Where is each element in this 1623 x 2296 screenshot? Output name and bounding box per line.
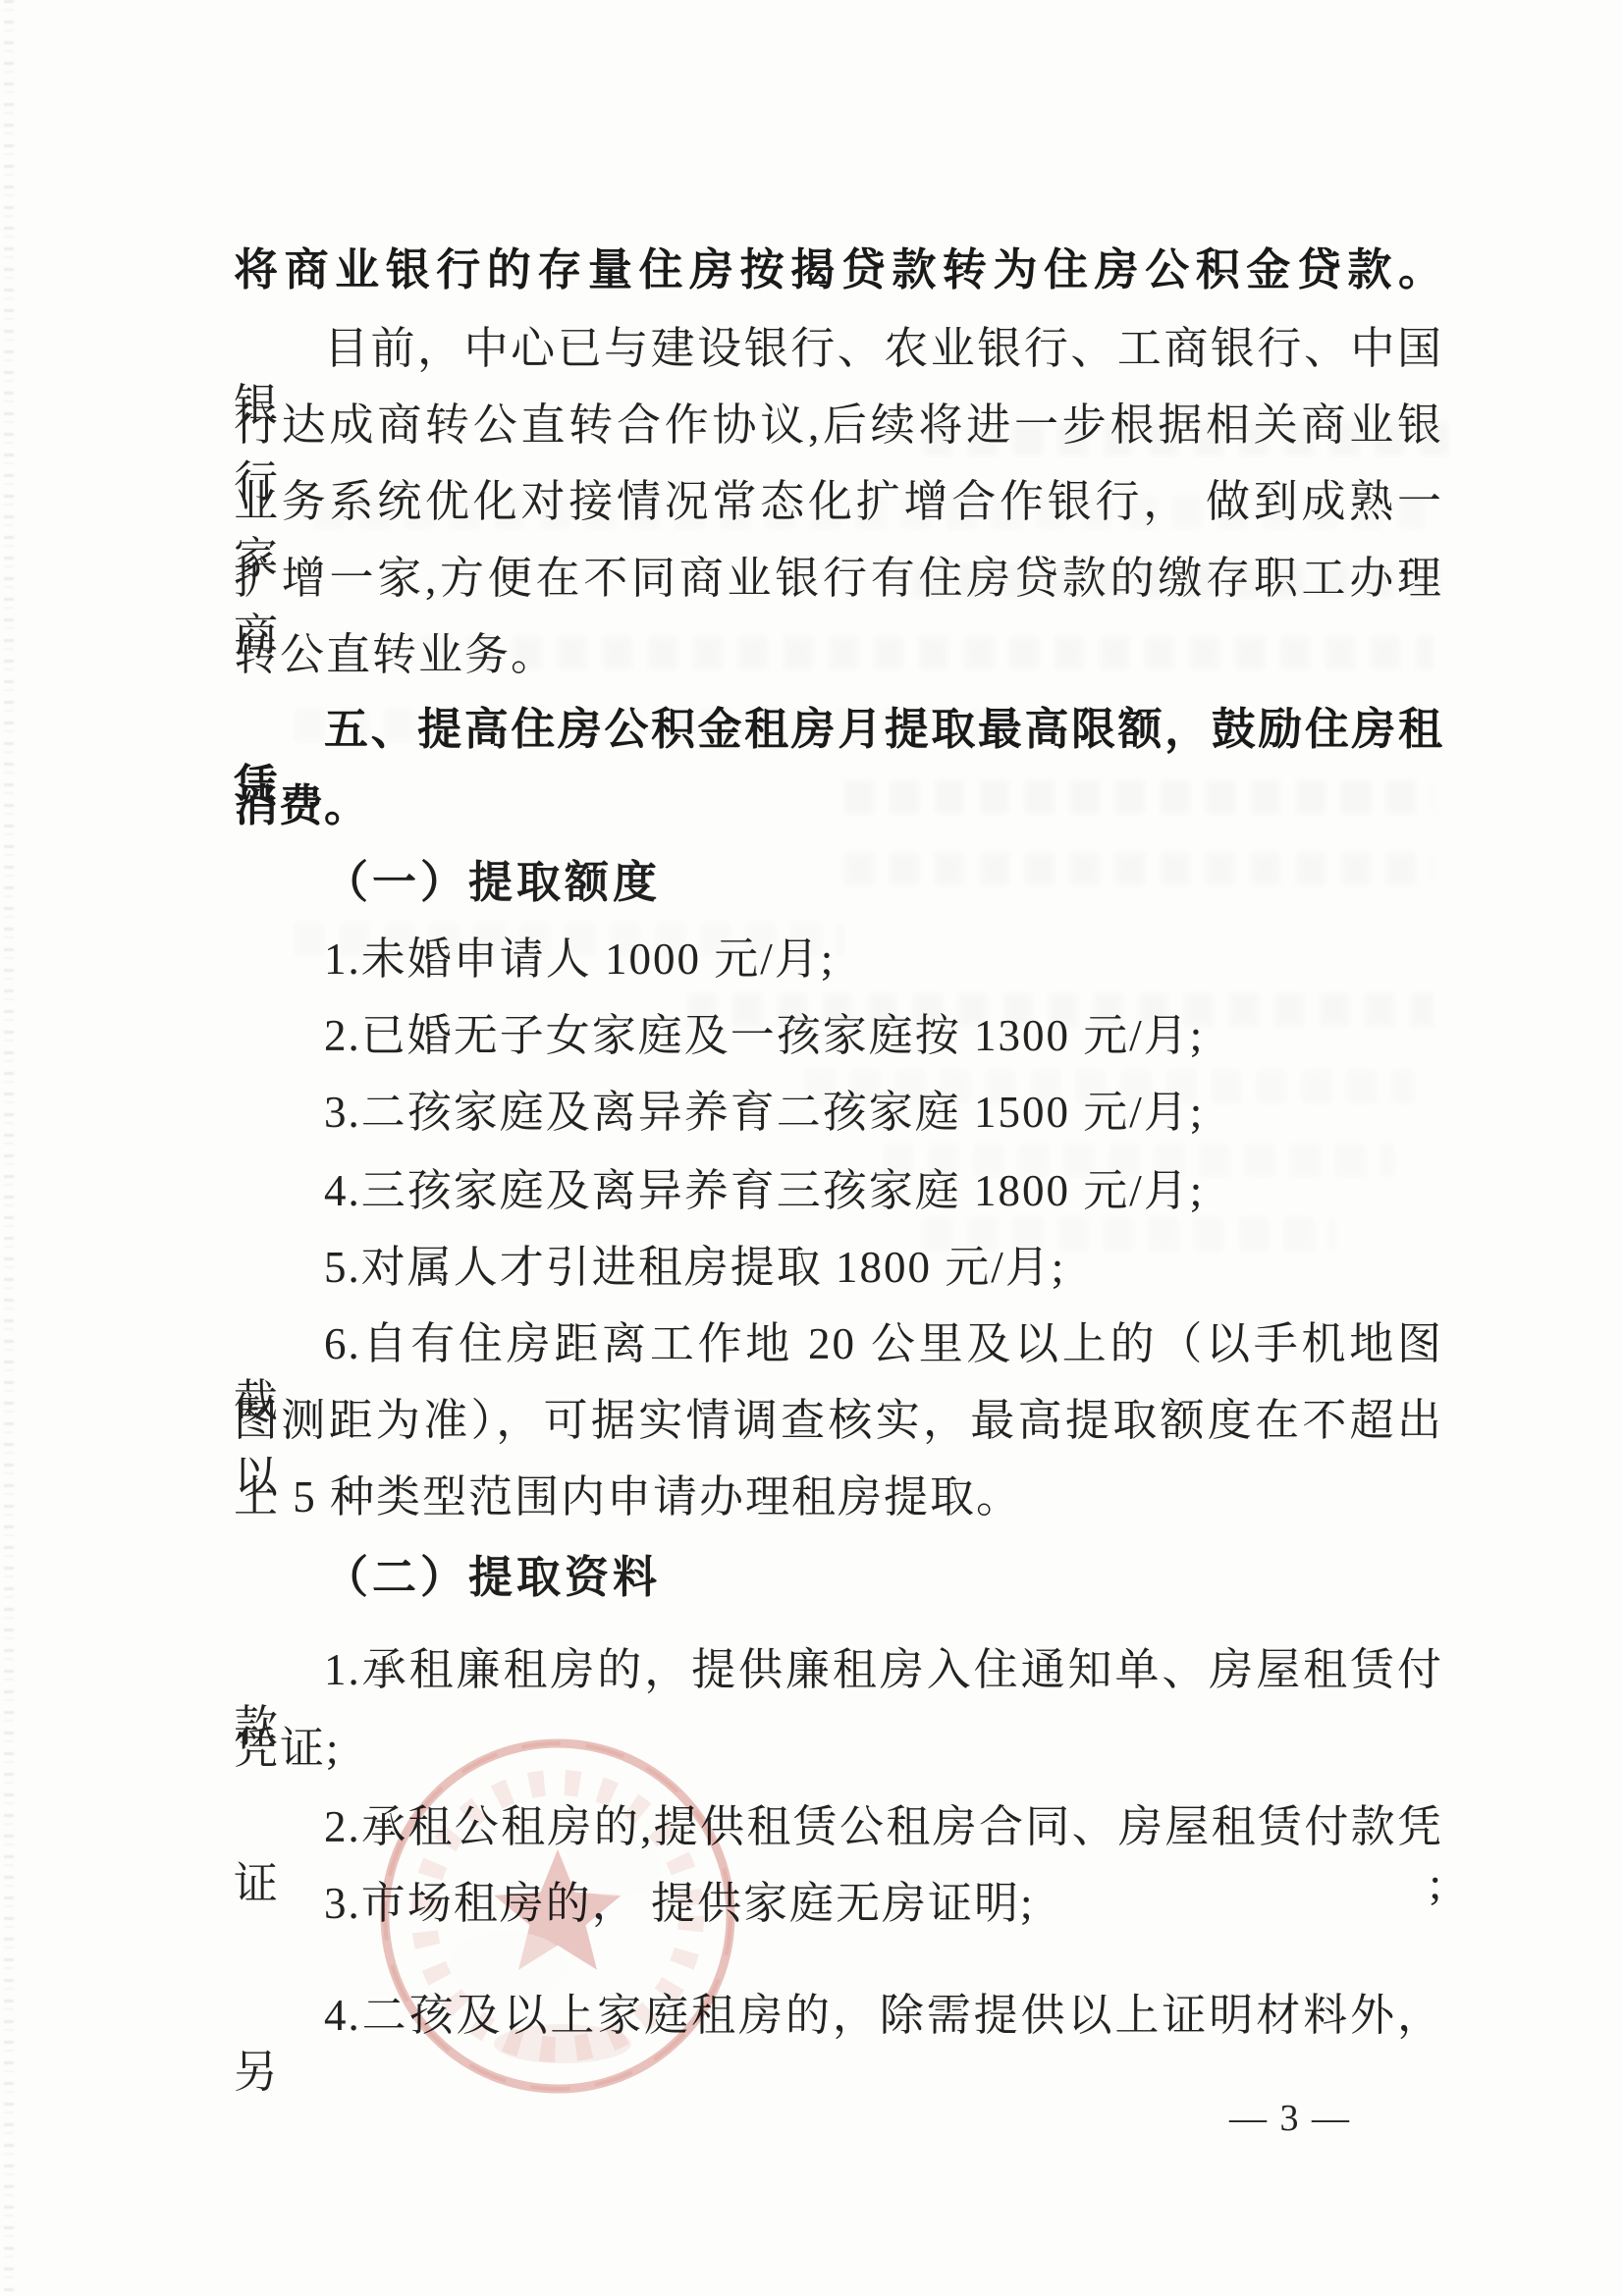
subsection-heading: （一）提取额度	[234, 854, 1443, 911]
list-item: 4.三孩家庭及离异养育三孩家庭 1800 元/月;	[234, 1162, 1443, 1219]
body-line: 转公直转业务。	[234, 626, 1443, 683]
list-item: 2.已婚无子女家庭及一孩家庭按 1300 元/月;	[234, 1007, 1443, 1064]
scan-edge-artifact	[4, 0, 14, 2296]
heading-continuation-line: 将商业银行的存量住房按揭贷款转为住房公积金贷款。	[234, 241, 1443, 298]
list-item: 3.市场租房的， 提供家庭无房证明;	[234, 1875, 1443, 1932]
list-item: 5.对属人才引进租房提取 1800 元/月;	[234, 1239, 1443, 1296]
section-heading-continuation: 消费。	[234, 777, 1443, 834]
body-line: 上 5 种类型范围内申请办理租房提取。	[234, 1468, 1443, 1525]
subsection-heading: （二）提取资料	[234, 1549, 1443, 1606]
list-item: 3.二孩家庭及离异养育二孩家庭 1500 元/月;	[234, 1084, 1443, 1141]
list-item: 1.未婚申请人 1000 元/月;	[234, 931, 1443, 988]
body-line: 凭证;	[234, 1720, 1443, 1777]
list-item: 4.二孩及以上家庭租房的，除需提供以上证明材料外，另	[234, 1987, 1443, 2101]
page-number: — 3 —	[1229, 2097, 1351, 2140]
document-page: 将商业银行的存量住房按揭贷款转为住房公积金贷款。 目前，中心已与建设银行、农业银…	[0, 0, 1623, 2296]
